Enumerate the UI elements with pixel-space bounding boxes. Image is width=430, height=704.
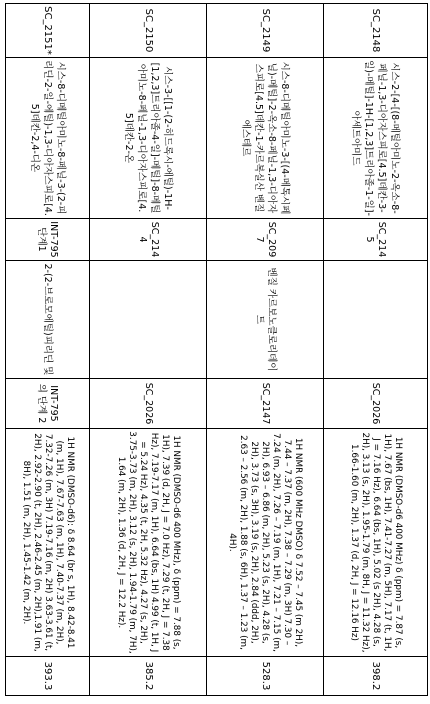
cell-intermediate-code: SC_2026 [323, 379, 427, 429]
cell-precursor-code: SC_2145 [323, 219, 427, 261]
cell-compound-name: 시스-2-[4-[(8-메틸아미노-2-옥소-8-페닐-1,3-디아자스피로[4… [323, 58, 427, 219]
cell-nmr-data: 1H NMR (DMSO-d6): δ 8.64 (br s, 1H), 8.4… [5, 429, 89, 657]
cell-compound-name: 시스-3-[[1-(2-히드록시-에틸)-1H-[1,2,3]트리아졸-4-일]… [89, 58, 206, 219]
cell-compound-id: SC_2149 [206, 4, 323, 58]
cell-mass-value: 528.3 [206, 657, 323, 696]
cell-reagent [89, 261, 206, 379]
cell-mass-value: 398.2 [323, 657, 427, 696]
cell-compound-name: 시스-8-디메틸아미노-8-페닐-3-(2-피리딘-2-일-에틸)-1,3-디아… [5, 58, 89, 219]
cell-precursor-code: INT-795 단계1 [5, 219, 89, 261]
rotated-compound-table: SC_2148 시스-2-[4-[(8-메틸아미노-2-옥소-8-페닐-1,3-… [6, 3, 428, 695]
cell-nmr-data: 1H NMR (DMSO-d6 400 MHz), δ (ppm) = 7.88… [89, 429, 206, 657]
cell-reagent: 2-(2-브로모에틸)피리딘 및 [5, 261, 89, 379]
cell-compound-id: SC_2150 [89, 4, 206, 58]
cell-compound-name: 시스-8-디메틸아미노-3-[(4-메톡시페닐)-메틸]-2-옥소-8-페닐-1… [206, 58, 323, 219]
cell-intermediate-code: SC_2147 [206, 379, 323, 429]
cell-reagent: 벤질 카르보노클로리데이트 [206, 261, 323, 379]
cell-mass-value: 385.2 [89, 657, 206, 696]
scanned-page: SC_2148 시스-2-[4-[(8-메틸아미노-2-옥소-8-페닐-1,3-… [0, 0, 430, 704]
cell-intermediate-code: INT-795의 단계 2 [5, 379, 89, 429]
cell-mass-value: 393.3 [5, 657, 89, 696]
cell-nmr-data: 1H NMR (600 MHz DMSO) δ 7.52 – 7.45 (m 2… [206, 429, 323, 657]
cell-reagent [323, 261, 427, 379]
cell-precursor-code: SC_2144 [89, 219, 206, 261]
cell-nmr-data: 1H NMR (DMSO-d6 400 MHz) δ (ppm) = 7.87 … [323, 429, 427, 657]
compound-table: SC_2148 시스-2-[4-[(8-메틸아미노-2-옥소-8-페닐-1,3-… [5, 3, 428, 696]
cell-intermediate-code: SC_2026 [89, 379, 206, 429]
cell-precursor-code: SC_2097 [206, 219, 323, 261]
cell-compound-id: SC_2151* [5, 4, 89, 58]
cell-compound-id: SC_2148 [323, 4, 427, 58]
